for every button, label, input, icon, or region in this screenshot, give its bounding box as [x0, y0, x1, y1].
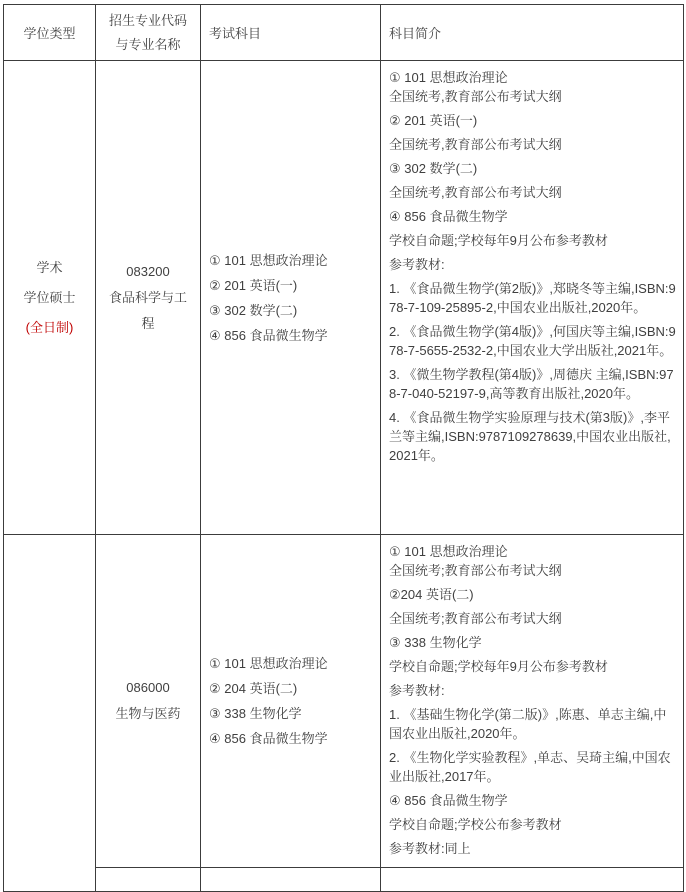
table-row-083200: 学术 学位硕士 (全日制) 083200 食品科学与工程 ① 101 思想政治理…	[4, 61, 684, 535]
intro-paragraph: 全国统考;教育部公布考试大纲	[389, 561, 677, 580]
intro-paragraph: 参考教材:	[389, 255, 677, 274]
subject-item: ④ 856 食品微生物学	[209, 731, 376, 746]
intro-paragraph: ③ 338 生物化学	[389, 633, 677, 652]
cutoff-cell	[96, 868, 201, 872]
intro-paragraph: 全国统考,教育部公布考试大纲	[389, 87, 677, 106]
subject-item: ① 101 思想政治理论	[209, 253, 376, 268]
intro-paragraph: ① 101 思想政治理论	[389, 68, 677, 87]
degree-type-line2: 学位硕士	[10, 283, 89, 313]
document-page: { "colors": { "background": "#ffffff", "…	[0, 0, 686, 871]
subject-item: ② 204 英语(二)	[209, 681, 376, 696]
major-code: 086000	[103, 675, 193, 701]
intro-paragraph: 全国统考;教育部公布考试大纲	[389, 609, 677, 628]
degree-type-fulltime-note: (全日制)	[10, 313, 89, 343]
intro-paragraph: 学校自命题;学校公布参考教材	[389, 815, 677, 834]
intro-paragraph: 4. 《食品微生物学实验原理与技术(第3版)》,李平兰等主编,ISBN:9787…	[389, 408, 677, 465]
intro-paragraph: 全国统考,教育部公布考试大纲	[389, 135, 677, 154]
subject-item: ③ 302 数学(二)	[209, 303, 376, 318]
table-row-086000: 086000 生物与医药 ① 101 思想政治理论② 204 英语(二)③ 33…	[4, 535, 684, 868]
intro-paragraph: 2. 《食品微生物学(第4版)》,何国庆等主编,ISBN:978-7-5655-…	[389, 322, 677, 360]
admissions-exam-table: 学位类型 招生专业代码 与专业名称 考试科目 科目简介 学术 学位硕士 (全日制…	[3, 4, 684, 871]
exam-subjects-cell: ① 101 思想政治理论② 204 英语(二)③ 338 生物化学④ 856 食…	[201, 535, 381, 868]
subject-item: ① 101 思想政治理论	[209, 656, 376, 671]
subject-intro-cell: ① 101 思想政治理论全国统考;教育部公布考试大纲②204 英语(二)全国统考…	[381, 535, 684, 868]
intro-paragraph: 学校自命题;学校每年9月公布参考教材	[389, 657, 677, 676]
subject-item: ④ 856 食品微生物学	[209, 328, 376, 343]
major-code-name-cell: 083200 食品科学与工程	[96, 61, 201, 535]
intro-paragraph: 学校自命题;学校每年9月公布参考教材	[389, 231, 677, 250]
table-row-cutoff	[4, 868, 684, 872]
column-header-major-code-name: 招生专业代码 与专业名称	[96, 5, 201, 61]
major-name: 食品科学与工程	[103, 285, 193, 337]
subject-item: ③ 338 生物化学	[209, 706, 376, 721]
column-header-subject-intro: 科目简介	[381, 5, 684, 61]
subject-intro-cell: ① 101 思想政治理论全国统考,教育部公布考试大纲② 201 英语(一)全国统…	[381, 61, 684, 535]
cutoff-cell	[381, 868, 684, 872]
column-header-exam-subjects: 考试科目	[201, 5, 381, 61]
cutoff-cell	[201, 868, 381, 872]
intro-paragraph: 参考教材:同上	[389, 839, 677, 858]
column-header-major-line1: 招生专业代码	[102, 9, 194, 33]
exam-subjects-cell: ① 101 思想政治理论② 201 英语(一)③ 302 数学(二)④ 856 …	[201, 61, 381, 535]
intro-paragraph: ②204 英语(二)	[389, 585, 677, 604]
intro-paragraph: 2. 《生物化学实验教程》,单志、吴琦主编,中国农业出版社,2017年。	[389, 748, 677, 786]
intro-paragraph: 1. 《食品微生物学(第2版)》,郑晓冬等主编,ISBN:978-7-109-2…	[389, 279, 677, 317]
intro-paragraph: 3. 《微生物学教程(第4版)》,周德庆 主编,ISBN:978-7-040-5…	[389, 365, 677, 403]
major-code-name-cell: 086000 生物与医药	[96, 535, 201, 868]
intro-paragraph: 全国统考,教育部公布考试大纲	[389, 183, 677, 202]
intro-paragraph: ④ 856 食品微生物学	[389, 791, 677, 810]
intro-paragraph: ③ 302 数学(二)	[389, 159, 677, 178]
intro-paragraph: ② 201 英语(一)	[389, 111, 677, 130]
column-header-major-line2: 与专业名称	[102, 33, 194, 57]
degree-type-line1: 学术	[10, 253, 89, 283]
intro-paragraph: 参考教材:	[389, 681, 677, 700]
major-code: 083200	[103, 259, 193, 285]
major-name: 生物与医药	[103, 701, 193, 727]
intro-paragraph: 1. 《基础生物化学(第二版)》,陈惠、单志主编,中国农业出版社,2020年。	[389, 705, 677, 743]
subject-item: ② 201 英语(一)	[209, 278, 376, 293]
intro-paragraph: ① 101 思想政治理论	[389, 542, 677, 561]
column-header-degree-type: 学位类型	[4, 5, 96, 61]
degree-type-cell: 学术 学位硕士 (全日制)	[4, 61, 96, 535]
degree-type-cell-empty	[4, 535, 96, 872]
intro-paragraph: ④ 856 食品微生物学	[389, 207, 677, 226]
table-header-row: 学位类型 招生专业代码 与专业名称 考试科目 科目简介	[4, 5, 684, 61]
